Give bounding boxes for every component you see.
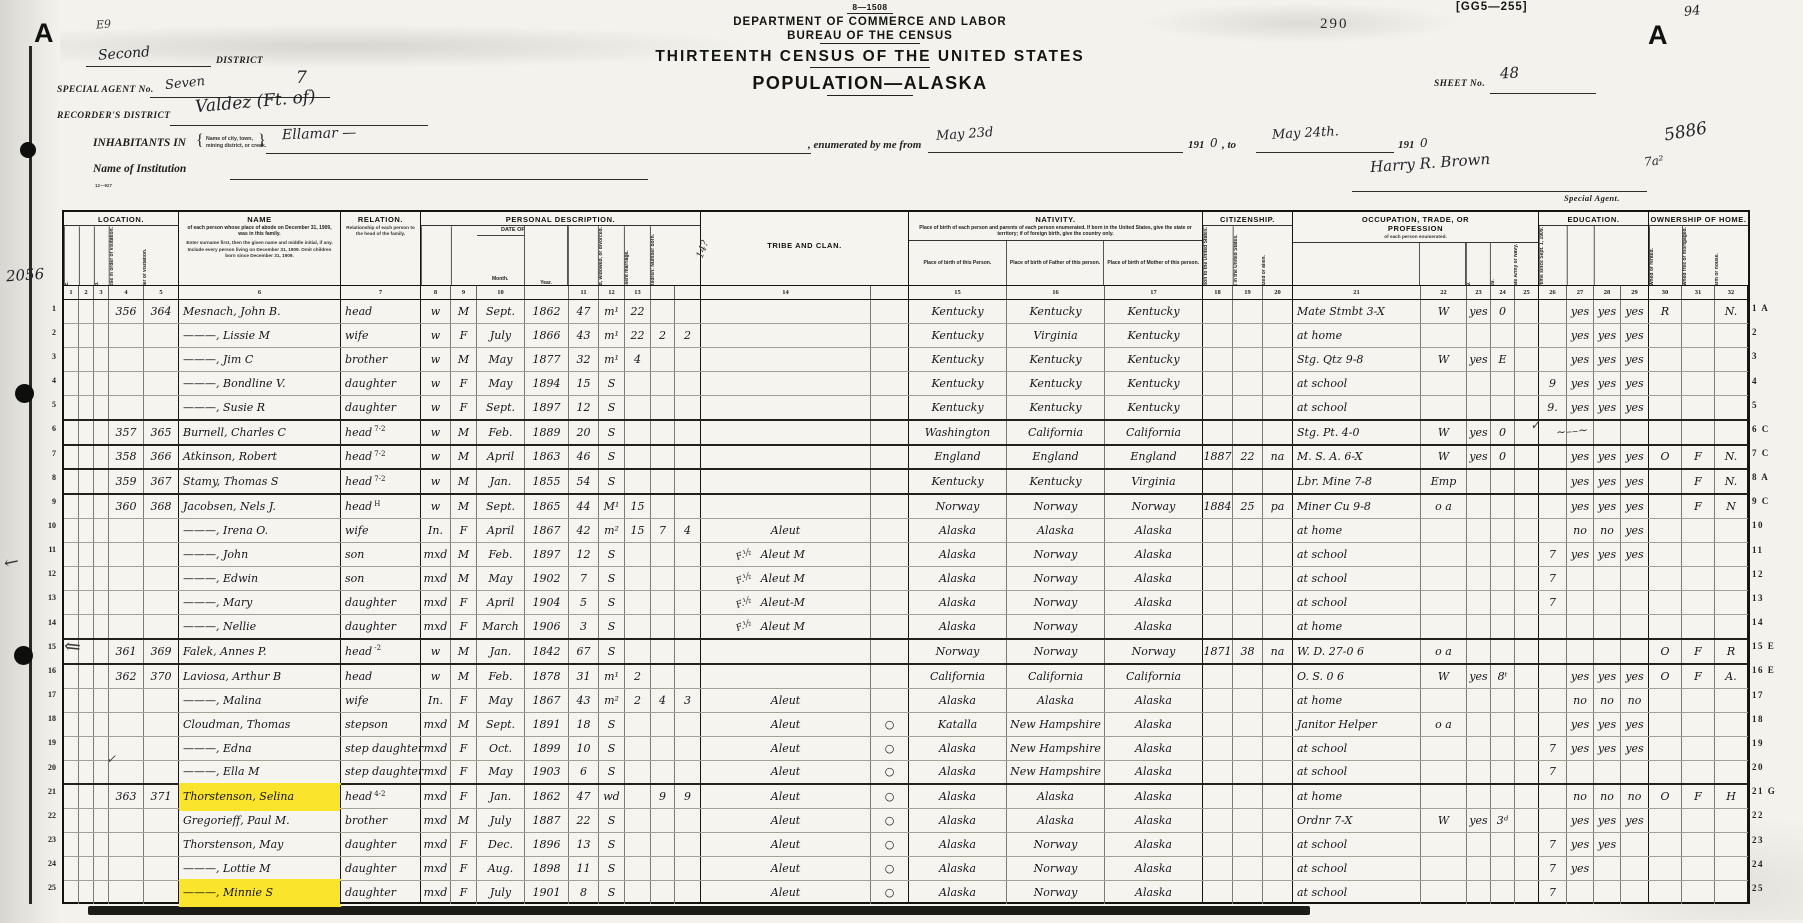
cell-tr: Aleut: [701, 785, 871, 808]
cell-em: Emp: [1421, 470, 1467, 493]
row-number-left: 7: [38, 441, 56, 465]
header-group-relation: RELATION.Relationship of each person to …: [341, 212, 421, 285]
cell-l3: [94, 833, 109, 856]
cell-cw: yes: [1594, 495, 1621, 518]
cell-ce: yes: [1621, 809, 1649, 832]
row-number-right: 17: [1752, 683, 1800, 707]
cell-em: W: [1421, 446, 1467, 469]
cell-sex: M: [451, 543, 477, 566]
cell-rel: brother: [341, 348, 421, 371]
cell-nz: [1263, 857, 1293, 880]
special-agent-label: SPECIAL AGENT No.: [57, 85, 154, 95]
cell-tc: [871, 495, 909, 518]
serial-pencil: 5886: [1663, 118, 1709, 145]
cell-aw: [1467, 689, 1491, 712]
cell-age: 7: [569, 567, 599, 590]
cell-nz: [1263, 761, 1293, 784]
cell-ofm: F: [1682, 665, 1715, 688]
cell-fh: A.: [1715, 665, 1748, 688]
cell-cl: [675, 300, 701, 323]
cell-cr: [1567, 640, 1594, 663]
table-row: ———, Lissie MwifewFJuly186643m¹2222Kentu…: [64, 324, 1748, 348]
cell-l1: [64, 785, 79, 808]
cell-ce: yes: [1621, 324, 1649, 347]
cell-ym: [625, 591, 651, 614]
cell-sv: [1515, 809, 1539, 832]
cell-cw: [1594, 421, 1621, 444]
cell-col: mxd: [421, 857, 451, 880]
cell-by: 1867: [525, 689, 569, 712]
group-title: TRIBE AND CLAN.: [701, 238, 908, 250]
special-agent-value: Seven: [164, 74, 205, 93]
table-row: 356364Mesnach, John B.headwMSept.186247m…: [64, 300, 1748, 324]
cell-ofm: [1682, 421, 1715, 444]
handwritten-mark: ⇐: [63, 633, 82, 659]
row-number-right: 5: [1752, 393, 1800, 417]
cell-cw: no: [1594, 689, 1621, 712]
cell-ym: 15: [625, 495, 651, 518]
cell-sex: F: [451, 833, 477, 856]
underline: [1256, 152, 1394, 153]
cell-tc: [871, 640, 909, 663]
cell-aw: [1467, 591, 1491, 614]
cell-fb: Alaska: [1007, 519, 1105, 542]
cell-ce: [1621, 881, 1649, 904]
cell-iy: [1203, 567, 1233, 590]
cell-cl: 2: [675, 324, 701, 347]
cell-dw: 363: [109, 785, 144, 808]
cell-ea: [1539, 809, 1567, 832]
cell-em: o a: [1421, 640, 1467, 663]
cell-tr: Aleut: [701, 833, 871, 856]
cell-fam: 366: [144, 446, 179, 469]
relation-note: 7-2: [374, 450, 385, 458]
cell-rel: wife: [341, 689, 421, 712]
cell-ym: [625, 470, 651, 493]
cell-oh: [1649, 737, 1682, 760]
cell-l2: [79, 421, 94, 444]
cell-oc: at home: [1293, 519, 1421, 542]
column-number: 29: [1621, 286, 1649, 299]
cell-col: w: [421, 324, 451, 347]
cell-ce: [1621, 857, 1649, 880]
row-number-left: 25: [38, 876, 56, 900]
cell-bm: May: [477, 348, 525, 371]
group-title: RELATION.: [341, 212, 420, 224]
cell-tc: [871, 348, 909, 371]
cell-fb: Norway: [1007, 640, 1105, 663]
cell-aw: yes: [1467, 348, 1491, 371]
cell-age: 6: [569, 761, 599, 784]
table-row: ———, Irena O.wifeIn.FApril186742m²1574Al…: [64, 519, 1748, 543]
cell-dw: [109, 591, 144, 614]
relation-note: 7-2: [374, 475, 385, 483]
cell-iy: [1203, 470, 1233, 493]
cell-bp: Kentucky: [909, 300, 1007, 323]
cell-cb: [651, 591, 675, 614]
cell-ofm: [1682, 591, 1715, 614]
cell-ofm: F: [1682, 446, 1715, 469]
cell-oh: [1649, 396, 1682, 419]
cell-fb: New Hampshire: [1007, 713, 1105, 736]
cell-ce: [1621, 833, 1649, 856]
relation-note: 7-2: [374, 425, 385, 433]
row-number-left: 23: [38, 827, 56, 851]
cell-l3: [94, 809, 109, 832]
cell-mb: Alaska: [1105, 833, 1203, 856]
cell-l2: [79, 833, 94, 856]
cell-l2: [79, 519, 94, 542]
cell-rel: son: [341, 543, 421, 566]
cell-bp: Alaska: [909, 761, 1007, 784]
cell-cl: [675, 640, 701, 663]
cell-ofm: [1682, 348, 1715, 371]
row-number-right: 25: [1752, 876, 1800, 900]
cell-nz: [1263, 300, 1293, 323]
cell-l1: [64, 665, 79, 688]
cell-ea: 7: [1539, 857, 1567, 880]
cell-cb: [651, 372, 675, 395]
cell-em: [1421, 689, 1467, 712]
cell-yu: [1233, 591, 1263, 614]
cell-oh: [1649, 372, 1682, 395]
column-number: 7: [341, 286, 421, 299]
column-label: Year.: [525, 226, 569, 285]
cell-rel: stepson: [341, 713, 421, 736]
table-row: 358366Atkinson, Roberthead7-2wMApril1863…: [64, 446, 1748, 471]
cell-bm: Feb.: [477, 543, 525, 566]
cell-nm: ———, Bondline V.: [179, 372, 341, 395]
cell-nm: ———, Mary: [179, 591, 341, 614]
cell-ofm: [1682, 737, 1715, 760]
cell-wk: [1491, 881, 1515, 904]
cell-sv: [1515, 615, 1539, 638]
cell-by: 1862: [525, 785, 569, 808]
cell-fam: [144, 396, 179, 419]
cell-ms: M¹: [599, 495, 625, 518]
cell-ce: yes: [1621, 372, 1649, 395]
cell-wk: E: [1491, 348, 1515, 371]
table-body: 356364Mesnach, John B.headwMSept.186247m…: [64, 300, 1748, 904]
cell-sv: [1515, 300, 1539, 323]
cell-l3: [94, 348, 109, 371]
cell-cl: [675, 665, 701, 688]
corner-letter-right: A: [1648, 20, 1668, 51]
signature-mark: 7a²: [1643, 153, 1664, 169]
cell-iy: [1203, 665, 1233, 688]
cell-cl: [675, 421, 701, 444]
row-number-left: 19: [38, 731, 56, 755]
cell-sv: [1515, 713, 1539, 736]
cell-l1: [64, 689, 79, 712]
cell-sex: M: [451, 348, 477, 371]
cell-mb: Kentucky: [1105, 396, 1203, 419]
brace-close: }: [258, 132, 266, 150]
column-label: Can read.: [1567, 226, 1594, 285]
cell-fam: 365: [144, 421, 179, 444]
cell-ms: S: [599, 833, 625, 856]
cell-yu: [1233, 348, 1263, 371]
cell-tc: ○: [871, 785, 909, 808]
column-label: Place of birth of Mother of this person.: [1104, 241, 1202, 286]
cell-age: 20: [569, 421, 599, 444]
right-row-numbers: 1 A23456 C7 C8 A9 C101112131415 E16 E171…: [1752, 296, 1800, 900]
cell-tc: ○: [871, 713, 909, 736]
cell-sex: F: [451, 785, 477, 808]
cell-cl: [675, 543, 701, 566]
cell-by: 1899: [525, 737, 569, 760]
cell-fam: [144, 591, 179, 614]
cell-tr: Aleut: [701, 519, 871, 542]
cell-ea: 7: [1539, 591, 1567, 614]
cell-rel: brother: [341, 809, 421, 832]
cell-ym: 2: [625, 689, 651, 712]
cell-rel: wife: [341, 519, 421, 542]
cell-l1: [64, 591, 79, 614]
row-number-left: 21: [38, 779, 56, 803]
cell-nz: na: [1263, 640, 1293, 663]
cell-age: 32: [569, 348, 599, 371]
cell-fb: California: [1007, 665, 1105, 688]
cell-ym: [625, 713, 651, 736]
cell-age: 10: [569, 737, 599, 760]
column-label: Number of years of present marriage.: [624, 226, 650, 285]
cell-fb: Norway: [1007, 857, 1105, 880]
cell-l1: [64, 495, 79, 518]
cell-age: 31: [569, 665, 599, 688]
cell-yu: 25: [1233, 495, 1263, 518]
cell-wk: 8ᵗ: [1491, 665, 1515, 688]
cell-sex: M: [451, 640, 477, 663]
column-number: 22: [1421, 286, 1467, 299]
cell-iy: [1203, 857, 1233, 880]
cell-aw: [1467, 372, 1491, 395]
row-number-left: 5: [38, 393, 56, 417]
cell-oh: [1649, 713, 1682, 736]
table-row: ———, Lottie MdaughtermxdFAug.189811SAleu…: [64, 857, 1748, 881]
cell-nz: [1263, 543, 1293, 566]
cell-fh: [1715, 421, 1748, 444]
cell-ym: [625, 881, 651, 904]
cell-nm: Thorstenson, May: [179, 833, 341, 856]
cell-ms: m¹: [599, 300, 625, 323]
special-agent-signature: Harry R. Brown: [1370, 150, 1491, 176]
cell-age: 43: [569, 689, 599, 712]
cell-yu: [1233, 421, 1263, 444]
column-number: 11: [569, 286, 599, 299]
row-number-left: 24: [38, 852, 56, 876]
cell-ms: S: [599, 881, 625, 904]
cell-by: 1855: [525, 470, 569, 493]
cell-l2: [79, 881, 94, 904]
cell-dw: [109, 857, 144, 880]
cell-l1: [64, 833, 79, 856]
table-row: ———, Ednastep daughtermxdFOct.189910SAle…: [64, 737, 1748, 761]
recorders-district-value: Valdez (Ft. of): [194, 87, 316, 117]
cell-wk: [1491, 737, 1515, 760]
cell-fb: New Hampshire: [1007, 737, 1105, 760]
cell-fb: New Hampshire: [1007, 761, 1105, 784]
cell-ofm: F: [1682, 785, 1715, 808]
cell-col: mxd: [421, 591, 451, 614]
cell-ym: [625, 567, 651, 590]
table-row: ———, MalinawifeIn.FMay186743m²243AleutAl…: [64, 689, 1748, 713]
cell-cl: [675, 881, 701, 904]
cell-l3: [94, 470, 109, 493]
cell-iy: [1203, 396, 1233, 419]
cell-ms: m¹: [599, 665, 625, 688]
cell-l3: [94, 324, 109, 347]
cell-by: 1862: [525, 300, 569, 323]
rule: [847, 13, 893, 14]
group-desc: of each person whose place of abode on D…: [179, 224, 340, 239]
cell-aw: [1467, 324, 1491, 347]
cell-em: W: [1421, 300, 1467, 323]
punch-hole: [15, 384, 34, 403]
cell-sex: F: [451, 881, 477, 904]
cell-nm: Burnell, Charles C: [179, 421, 341, 444]
enumerated-label: , enumerated by me from: [808, 139, 921, 151]
cell-l2: [79, 591, 94, 614]
table-header: LOCATION.Ward, precinct, beat, etc.Name …: [64, 212, 1748, 286]
cell-cb: [651, 665, 675, 688]
cell-cb: [651, 881, 675, 904]
cell-wk: [1491, 615, 1515, 638]
cell-cw: yes: [1594, 300, 1621, 323]
cell-dw: [109, 713, 144, 736]
cell-sv: [1515, 640, 1539, 663]
header-group-location: LOCATION.Ward, precinct, beat, etc.Name …: [64, 212, 179, 285]
column-label: Mother of how many children: Number born…: [650, 226, 674, 285]
cell-sex: F: [451, 519, 477, 542]
cell-tr: Aleut: [701, 737, 871, 760]
cell-sv: [1515, 495, 1539, 518]
cell-cl: [675, 495, 701, 518]
cell-tc: [871, 396, 909, 419]
cell-dw: 359: [109, 470, 144, 493]
cell-fh: N.: [1715, 470, 1748, 493]
table-row: 360368Jacobsen, Nels J.headHwMSept.18654…: [64, 495, 1748, 519]
cell-oh: R: [1649, 300, 1682, 323]
cell-by: 1866: [525, 324, 569, 347]
cell-ce: yes: [1621, 446, 1649, 469]
cell-yu: [1233, 519, 1263, 542]
cell-ea: 7: [1539, 737, 1567, 760]
cell-ms: m¹: [599, 348, 625, 371]
cell-cb: [651, 761, 675, 784]
cell-l1: [64, 761, 79, 784]
cell-ym: [625, 543, 651, 566]
cell-fh: [1715, 615, 1748, 638]
cell-rel: daughter: [341, 396, 421, 419]
cell-col: w: [421, 470, 451, 493]
cell-oh: [1649, 591, 1682, 614]
cell-ms: S: [599, 615, 625, 638]
column-label: Name of island (if any).: [79, 226, 94, 285]
cell-by: 1842: [525, 640, 569, 663]
cell-bp: Alaska: [909, 857, 1007, 880]
column-label: Number of years in the United States.: [1233, 226, 1263, 285]
cell-nm: ———, Minnie S: [179, 881, 341, 904]
column-label: Whether a survivor of the Union or Confe…: [1514, 243, 1538, 285]
cell-sex: M: [451, 567, 477, 590]
cell-l3: [94, 543, 109, 566]
cell-dw: [109, 615, 144, 638]
cell-nz: [1263, 348, 1293, 371]
column-label: Whether single, married, widowed, or div…: [598, 226, 624, 285]
cell-sv: [1515, 833, 1539, 856]
cell-fam: [144, 543, 179, 566]
cell-oc: at school: [1293, 761, 1421, 784]
cell-cb: 7: [651, 519, 675, 542]
cell-bm: Jan.: [477, 470, 525, 493]
cell-nz: [1263, 396, 1293, 419]
cell-by: 1889: [525, 421, 569, 444]
cell-rel: son: [341, 567, 421, 590]
cell-aw: yes: [1467, 421, 1491, 444]
column-number: 20: [1263, 286, 1293, 299]
cell-nz: [1263, 881, 1293, 904]
group-title: NAME: [179, 212, 340, 224]
cell-nm: Mesnach, John B.: [179, 300, 341, 323]
cell-oh: [1649, 421, 1682, 444]
cell-sex: F: [451, 372, 477, 395]
cell-by: 1878: [525, 665, 569, 688]
cell-oc: at school: [1293, 857, 1421, 880]
cell-cw: yes: [1594, 396, 1621, 419]
column-number: 24: [1491, 286, 1515, 299]
cell-cl: [675, 348, 701, 371]
cell-l2: [79, 567, 94, 590]
cell-oc: at home: [1293, 689, 1421, 712]
column-label: Number of family in order of visitation.: [143, 226, 178, 285]
cell-by: 1887: [525, 809, 569, 832]
row-number-left: 9: [38, 489, 56, 513]
column-number: [525, 286, 569, 299]
cell-sv: [1515, 761, 1539, 784]
cell-ym: [625, 809, 651, 832]
cell-ce: [1621, 567, 1649, 590]
cell-em: [1421, 519, 1467, 542]
cell-col: w: [421, 665, 451, 688]
cell-dw: [109, 567, 144, 590]
cell-tr: [701, 300, 871, 323]
cell-yu: [1233, 372, 1263, 395]
cell-oc: Mate Stmbt 3-X: [1293, 300, 1421, 323]
cell-by: 1894: [525, 372, 569, 395]
cell-ce: no: [1621, 689, 1649, 712]
cell-col: mxd: [421, 567, 451, 590]
cell-wk: [1491, 519, 1515, 542]
underline: [1490, 93, 1596, 94]
cell-mb: Alaska: [1105, 881, 1203, 904]
cell-by: 1903: [525, 761, 569, 784]
cell-em: [1421, 737, 1467, 760]
cell-fb: Kentucky: [1007, 396, 1105, 419]
cell-rel: daughter: [341, 881, 421, 904]
cell-cr: yes: [1567, 348, 1594, 371]
cell-em: [1421, 567, 1467, 590]
row-number-left: 1: [38, 296, 56, 320]
cell-ms: S: [599, 809, 625, 832]
cell-cr: yes: [1567, 495, 1594, 518]
cell-col: w: [421, 446, 451, 469]
cell-nm: Thorstenson, Selina: [179, 785, 341, 808]
group-note: Enter surname first, then the given name…: [179, 239, 340, 247]
cell-nz: [1263, 567, 1293, 590]
cell-mb: California: [1105, 421, 1203, 444]
cell-sex: M: [451, 665, 477, 688]
